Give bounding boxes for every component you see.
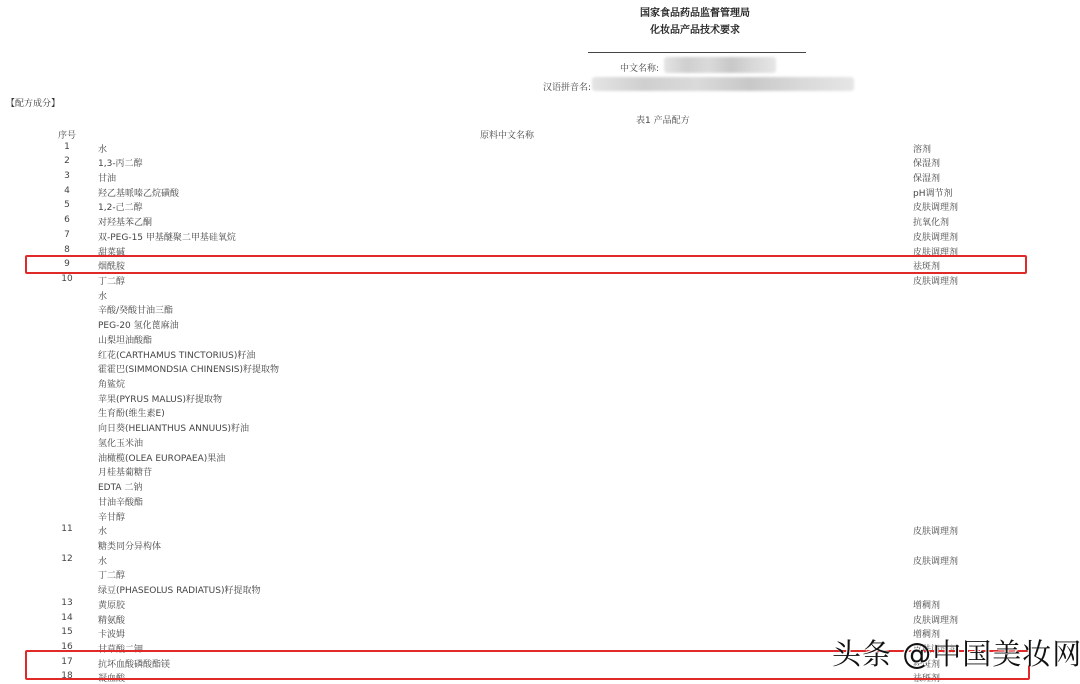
row-number: 5 (56, 200, 78, 210)
pinyin-name-label: 汉语拼音名: (543, 80, 591, 93)
row-number: 11 (56, 524, 78, 534)
table-row: 苹果(PYRUS MALUS)籽提取物 (0, 392, 1080, 407)
ingredient-name: 红花(CARTHAMUS TINCTORIUS)籽油 (98, 348, 255, 361)
table-row: 10丁二醇皮肤调理剂 (0, 274, 1080, 289)
ingredient-function: pH调节剂 (913, 186, 952, 199)
section-heading: 【配方成分】 (6, 96, 60, 109)
table-row: 3甘油保湿剂 (0, 171, 1080, 186)
ingredient-name: 苹果(PYRUS MALUS)籽提取物 (98, 392, 222, 405)
ingredient-name: 水 (98, 142, 107, 155)
ingredient-name: 丁二醇 (98, 274, 125, 287)
table-caption: 表1 产品配方 (636, 113, 690, 126)
table-row: 角鲨烷 (0, 377, 1080, 392)
table-row: EDTA 二钠 (0, 480, 1080, 495)
table-row: 山梨坦油酸酯 (0, 333, 1080, 348)
ingredient-function: 皮肤调理剂 (913, 524, 958, 537)
row-number: 3 (56, 171, 78, 181)
column-header-ingredient-name: 原料中文名称 (480, 128, 534, 141)
title-divider (588, 52, 806, 53)
ingredient-name: 生育酚(维生素E) (98, 406, 165, 419)
ingredient-name: 角鲨烷 (98, 377, 125, 390)
row-number: 7 (56, 230, 78, 240)
table-row: 月桂基葡糖苷 (0, 465, 1080, 480)
ingredient-function: 保湿剂 (913, 156, 940, 169)
ingredient-name: 向日葵(HELIANTHUS ANNUUS)籽油 (98, 421, 249, 434)
ingredient-name: 精氨酸 (98, 613, 125, 626)
ingredient-name: 水 (98, 289, 107, 302)
ingredient-name: 水 (98, 524, 107, 537)
table-row: 氢化玉米油 (0, 436, 1080, 451)
ingredient-name: 对羟基苯乙酮 (98, 215, 152, 228)
ingredient-name: 山梨坦油酸酯 (98, 333, 152, 346)
ingredient-name: 甘油辛酸酯 (98, 495, 143, 508)
table-row: 生育酚(维生素E) (0, 406, 1080, 421)
ingredient-name: 油橄榄(OLEA EUROPAEA)果油 (98, 451, 225, 464)
ingredient-function: 皮肤调理剂 (913, 613, 958, 626)
ingredient-function: 皮肤调理剂 (913, 200, 958, 213)
row-number: 10 (56, 274, 78, 284)
table-row: 21,3-丙二醇保湿剂 (0, 156, 1080, 171)
ingredient-function: 溶剂 (913, 142, 931, 155)
row-number: 1 (56, 142, 78, 152)
ingredient-name: 黄原胶 (98, 598, 125, 611)
ingredient-name: 双-PEG-15 甲基醚聚二甲基硅氧烷 (98, 230, 236, 243)
document-title: 化妆品产品技术要求 (155, 21, 1080, 36)
ingredient-name: 糖类同分异构体 (98, 539, 161, 552)
ingredient-function: 保湿剂 (913, 171, 940, 184)
highlight-box-niacinamide (25, 255, 1027, 274)
table-row: 辛酸/癸酸甘油三酯 (0, 303, 1080, 318)
row-number: 8 (56, 245, 78, 255)
table-row: 霍霍巴(SIMMONDSIA CHINENSIS)籽提取物 (0, 362, 1080, 377)
ingredient-function: 抗氧化剂 (913, 215, 949, 228)
table-row: 1水溶剂 (0, 142, 1080, 157)
ingredient-name: 1,3-丙二醇 (98, 156, 143, 169)
ingredient-function: 皮肤调理剂 (913, 230, 958, 243)
ingredient-name: 霍霍巴(SIMMONDSIA CHINENSIS)籽提取物 (98, 362, 279, 375)
ingredient-name: PEG-20 氢化蓖麻油 (98, 318, 179, 331)
ingredient-name: 甘油 (98, 171, 116, 184)
ingredient-function: 增稠剂 (913, 598, 940, 611)
table-row: 51,2-己二醇皮肤调理剂 (0, 200, 1080, 215)
chinese-name-label: 中文名称: (620, 61, 659, 74)
ingredient-name: 月桂基葡糖苷 (98, 465, 152, 478)
table-row: 7双-PEG-15 甲基醚聚二甲基硅氧烷皮肤调理剂 (0, 230, 1080, 245)
table-row: 4羟乙基哌嗪乙烷磺酸pH调节剂 (0, 186, 1080, 201)
ingredient-name: 1,2-己二醇 (98, 200, 143, 213)
ingredient-name: 氢化玉米油 (98, 436, 143, 449)
table-row: 6对羟基苯乙酮抗氧化剂 (0, 215, 1080, 230)
table-row: 油橄榄(OLEA EUROPAEA)果油 (0, 451, 1080, 466)
table-row: 辛甘醇 (0, 510, 1080, 525)
table-row: 丁二醇 (0, 568, 1080, 583)
pinyin-name-redacted (592, 77, 854, 91)
column-header-number: 序号 (58, 128, 76, 141)
table-row: 糖类同分异构体 (0, 539, 1080, 554)
table-row: 红花(CARTHAMUS TINCTORIUS)籽油 (0, 348, 1080, 363)
row-number: 14 (56, 613, 78, 623)
ingredient-function: 皮肤调理剂 (913, 554, 958, 567)
row-number: 4 (56, 186, 78, 196)
ingredient-name: EDTA 二钠 (98, 480, 142, 493)
table-row: PEG-20 氢化蓖麻油 (0, 318, 1080, 333)
table-row: 绿豆(PHASEOLUS RADIATUS)籽提取物 (0, 583, 1080, 598)
table-row: 甘油辛酸酯 (0, 495, 1080, 510)
table-row: 13黄原胶增稠剂 (0, 598, 1080, 613)
row-number: 12 (56, 554, 78, 564)
chinese-name-redacted (664, 57, 776, 73)
table-row: 水 (0, 289, 1080, 304)
row-number: 13 (56, 598, 78, 608)
ingredient-function: 皮肤调理剂 (913, 274, 958, 287)
ingredient-name: 水 (98, 554, 107, 567)
table-row: 14精氨酸皮肤调理剂 (0, 613, 1080, 628)
row-number: 15 (56, 627, 78, 637)
ingredient-name: 辛甘醇 (98, 510, 125, 523)
ingredient-name: 辛酸/癸酸甘油三酯 (98, 303, 173, 316)
ingredient-name: 丁二醇 (98, 568, 125, 581)
agency-title: 国家食品药品监督管理局 (155, 4, 1080, 19)
row-number: 2 (56, 156, 78, 166)
table-row: 12水皮肤调理剂 (0, 554, 1080, 569)
ingredient-name: 绿豆(PHASEOLUS RADIATUS)籽提取物 (98, 583, 260, 596)
watermark: 头条 @中国美妆网 (832, 632, 1080, 673)
table-row: 11水皮肤调理剂 (0, 524, 1080, 539)
row-number: 6 (56, 215, 78, 225)
ingredient-name: 羟乙基哌嗪乙烷磺酸 (98, 186, 179, 199)
ingredient-name: 卡波姆 (98, 627, 125, 640)
table-row: 向日葵(HELIANTHUS ANNUUS)籽油 (0, 421, 1080, 436)
